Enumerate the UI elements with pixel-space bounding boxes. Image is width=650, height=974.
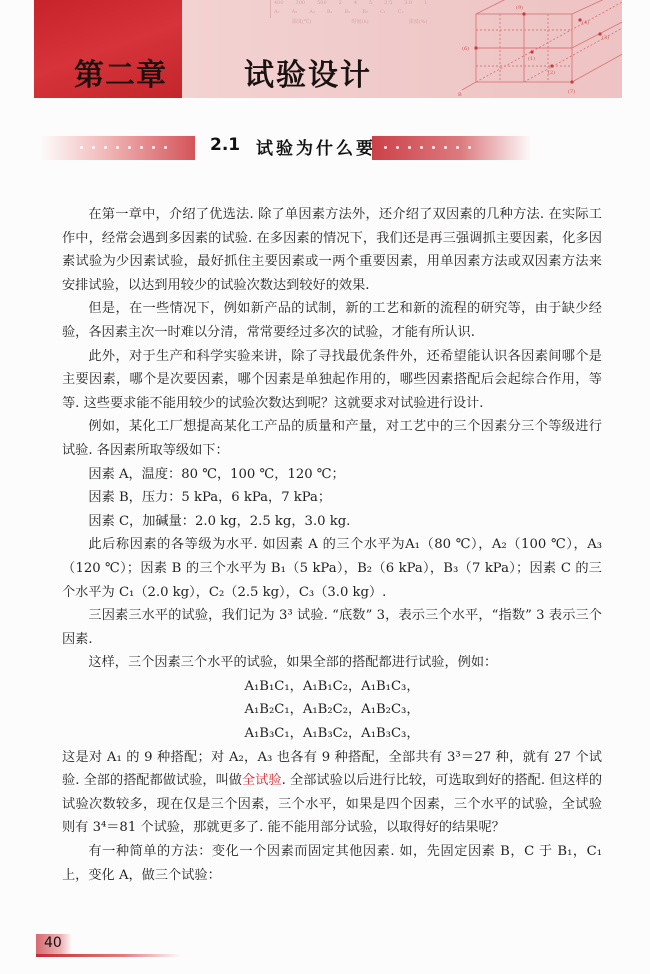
cube-label: (2) <box>548 69 555 76</box>
combination-row: A₁B₁C₁，A₁B₁C₂，A₁B₁C₃， <box>62 675 602 699</box>
dots-decoration <box>384 146 471 149</box>
paragraph: 此外，对于生产和科学实验来讲，除了寻找最优条件外，还希望能认识各因素间哪个是主要… <box>62 345 602 416</box>
bg-cell: 2 <box>339 0 342 9</box>
paragraph: 这是对 A₁ 的 9 种搭配；对 A₂，A₃ 也各有 9 种搭配，全部共有 3³… <box>62 746 602 840</box>
bg-cell: 温度(℃) <box>292 18 312 27</box>
bg-cell: 3.0 <box>404 0 412 9</box>
cube-diagram-icon: (9) (4) (3) (6) (1) (2) (7) B C <box>454 0 622 98</box>
body-text: 在第一章中，介绍了优选法. 除了单因素方法外，还介绍了双因素的几种方法. 在实际… <box>62 203 602 887</box>
factor-a-line: 因素 A，温度：80 ℃，100 ℃，120 ℃； <box>62 463 602 487</box>
paragraph: 此后称因素的各等级为水平. 如因素 A 的三个水平为A₁（80 ℃），A₂（10… <box>62 533 602 604</box>
cube-label: B <box>458 92 462 98</box>
bg-cell: A₃ <box>309 9 315 18</box>
paragraph: 三因素三水平的试验，我们记为 3³ 试验. “底数” 3，表示三个水平，“指数”… <box>62 604 602 651</box>
cube-label: (3) <box>602 34 609 41</box>
footer-rule <box>36 954 181 957</box>
paragraph: 在第一章中，介绍了优选法. 除了单因素方法外，还介绍了双因素的几种方法. 在实际… <box>62 203 602 297</box>
combination-row: A₁B₂C₁，A₁B₂C₂，A₁B₂C₃， <box>62 698 602 722</box>
bg-cell: A₂ <box>292 9 298 18</box>
bg-cell: 300 <box>296 0 306 9</box>
paragraph: 但是，在一些情况下，例如新产品的试制，新的工艺和新的流程的研究等，由于缺少经验，… <box>62 297 602 344</box>
cube-label: (9) <box>516 4 523 11</box>
bg-table-row: 400 300 500 2 4 5 2.5 3.0 1 <box>274 0 427 9</box>
dots-decoration <box>80 146 167 149</box>
page-number: 40 <box>44 935 62 951</box>
bg-table-row: 温度(℃) 时间(h) 浓度(%) <box>274 18 427 27</box>
bg-cell: 2.5 <box>384 0 392 9</box>
cube-label: (7) <box>568 88 575 95</box>
cube-label: (4) <box>582 19 589 26</box>
paragraph: 有一种简单的方法：变化一个因素而固定其他因素. 如，先固定因素 B，C 于 B₁… <box>62 840 602 887</box>
chapter-number: 第二章 <box>74 50 167 94</box>
bg-cell: B₁ <box>327 9 333 18</box>
bg-cell: 500 <box>317 0 327 9</box>
bg-cell: 1 <box>424 0 427 9</box>
factor-b-line: 因素 B，压力：5 kPa，6 kPa，7 kPa； <box>62 486 602 510</box>
section-number: 2.1 <box>210 135 240 155</box>
key-term-full-experiment: 全试验 <box>242 773 282 788</box>
cube-label: (1) <box>528 55 535 62</box>
bg-cell: C₂ <box>398 9 404 18</box>
chapter-title: 试验设计 <box>244 50 372 94</box>
combination-row: A₁B₃C₁，A₁B₃C₂，A₁B₃C₃， <box>62 722 602 746</box>
bg-cell: B₃ <box>362 9 368 18</box>
bg-cell: B₂ <box>345 9 351 18</box>
bg-cell: 时间(h) <box>352 18 369 27</box>
paragraph: 例如，某化工厂想提高某化工产品的质量和产量，对工艺中的三个因素分三个等级进行试验… <box>62 415 602 462</box>
chapter-banner: 400 300 500 2 4 5 2.5 3.0 1 A₁ A₂ A₃ B₁ … <box>34 0 622 98</box>
bg-cell: 浓度(%) <box>409 18 428 27</box>
bg-cell: 400 <box>274 0 284 9</box>
divider <box>270 0 271 18</box>
section-decor-left <box>40 136 195 160</box>
background-factor-table: 400 300 500 2 4 5 2.5 3.0 1 A₁ A₂ A₃ B₁ … <box>274 0 427 27</box>
paragraph: 这样，三个因素三个水平的试验，如果全部的搭配都进行试验，例如： <box>62 651 602 675</box>
bg-cell: 4 <box>354 0 357 9</box>
bg-table-row: A₁ A₂ A₃ B₁ B₂ B₃ C₁ C₂ <box>274 9 427 18</box>
factor-c-line: 因素 C，加碱量：2.0 kg，2.5 kg，3.0 kg. <box>62 510 602 534</box>
bg-cell: C₁ <box>380 9 386 18</box>
cube-label: (6) <box>462 45 469 52</box>
section-heading: 2.1 试验为什么要设计 <box>40 132 600 162</box>
bg-cell: 5 <box>369 0 372 9</box>
section-decor-right <box>372 136 532 160</box>
bg-cell: A₁ <box>274 9 280 18</box>
